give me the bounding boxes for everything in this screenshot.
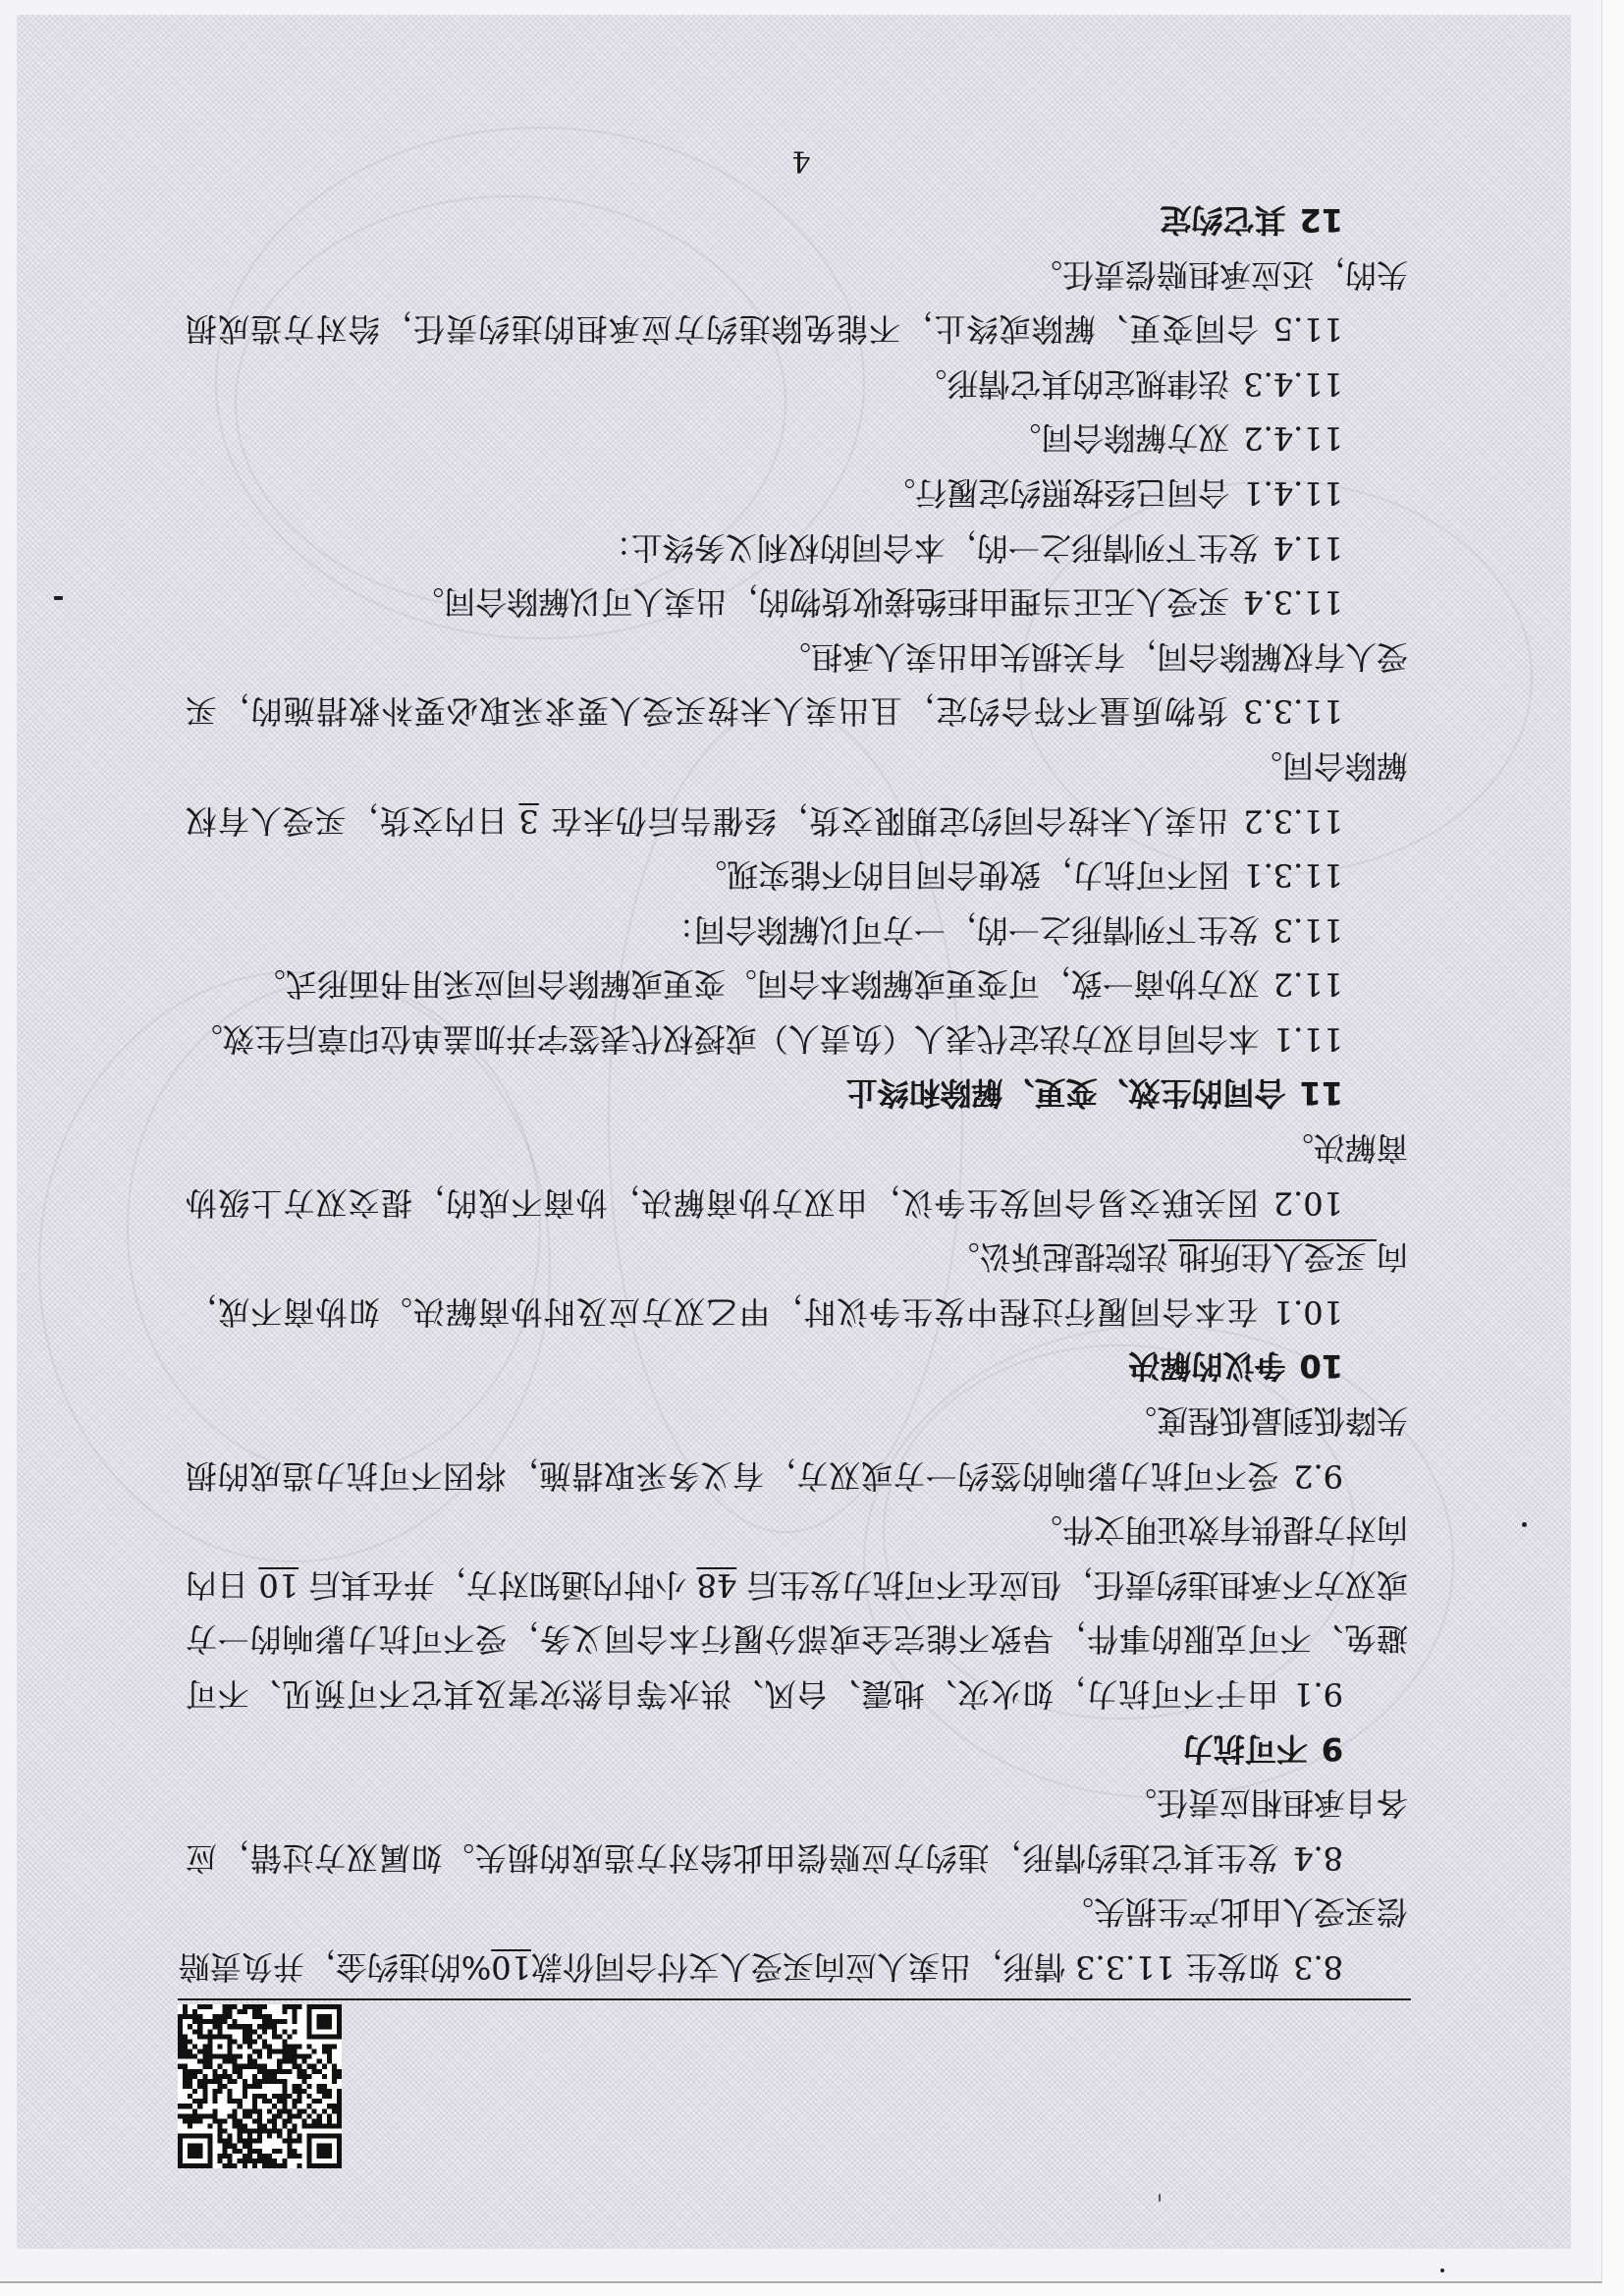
clause-9-1-line-1: 9.1由于不可抗力，如火灾、地震、台风、洪水等自然灾害及其它不可预见、不可: [186, 1666, 1408, 1721]
clause-11-1: 11.1本合同自双方法定代表人（负责人）或授权代表签字并加盖单位印章后生效。: [186, 1011, 1408, 1066]
scanned-document: 8.3如发生 11.3.3 情形，出卖人应向买受人支付合同价款10%的违约金，并…: [0, 0, 1624, 2296]
clause-11-4-1: 11.4.1合同已经按照约定履行。: [186, 465, 1408, 519]
section-title: 合同的生效、变更、解除和终止: [845, 1075, 1285, 1113]
clause-number: 11.3.4: [1243, 583, 1343, 621]
clause-number: 11.3.1: [1243, 856, 1343, 894]
clause-text: 双方协商一致，可变更或解除本合同。变更或解除合同应采用书面形式。: [254, 965, 1260, 1003]
section-number: 9: [1322, 1730, 1343, 1768]
clause-text: 解除合同。: [1251, 747, 1408, 785]
section-title: 不可抗力: [1182, 1730, 1308, 1768]
clause-11-3-2-line-1: 11.3.2出卖人未按合同约定期限交货，经催告后仍未在 3 日内交货，买受人有权: [186, 793, 1408, 847]
clause-11-3-3-line-1: 11.3.3货物质量不符合约定，且出卖人未按买受人要求采取必要补救措施的，买: [186, 683, 1408, 738]
clause-number: 11.4.3: [1243, 365, 1343, 403]
clause-11-4-3: 11.4.3法律规定的其它情形。: [186, 355, 1408, 410]
clause-11-4-2: 11.4.2双方解除合同。: [186, 410, 1408, 465]
clause-text: 合同变更、解除或终止，不能免除违约方应承担的违约责任，给对方造成损: [186, 310, 1260, 348]
clause-text: 货物质量不符合约定，且出卖人未按买受人要求采取必要补救措施的，买: [186, 692, 1229, 730]
clause-number: 9.1: [1293, 1675, 1343, 1713]
header-rule: [178, 1998, 1411, 2000]
clause-text: 受不可抗力影响的签约一方或双方，有义务采取措施，将因不可抗力造成的损: [186, 1457, 1279, 1495]
clause-text: 因不可抗力，致使合同目的不能实现。: [695, 856, 1229, 894]
clause-9-2-line-2: 失降低到最低程度。: [186, 1393, 1408, 1448]
clause-number: 11.1: [1273, 1020, 1343, 1058]
clause-text: 日内: [186, 1566, 258, 1604]
clause-text: 发生下列情形之一的，一方可以解除合同：: [663, 911, 1260, 949]
section-number: 11: [1299, 1075, 1343, 1113]
clause-text: 合同已经按照约定履行。: [884, 474, 1229, 512]
clause-number: 10.1: [1273, 1293, 1343, 1331]
clause-text: 各自承担相应责任。: [1125, 1784, 1408, 1822]
clause-text: 在本合同履行过程中发生争议时，甲乙双方应及时协商解决。如协商不成，: [186, 1293, 1260, 1331]
clause-number: 11.5: [1273, 310, 1343, 348]
clause-number: 8.3: [1293, 1948, 1343, 1986]
filled-blank-delivery-days: 3: [518, 802, 538, 840]
clause-10-2-line-1: 10.2因关联交易合同发生争议，由双方协商解决，协商不成的，提交双方上级协: [186, 1175, 1408, 1230]
filled-blank-proof-days: 10: [258, 1566, 298, 1604]
clause-text: 小时内通知对方，并在其后: [298, 1566, 696, 1604]
clause-text: 向对方提供有效证明文件。: [1031, 1511, 1408, 1549]
clause-10-1-line-1: 10.1在本合同履行过程中发生争议时，甲乙双方应及时协商解决。如协商不成，: [186, 1284, 1408, 1339]
clause-11-5-line-2: 失的，还应承担赔偿责任。: [186, 246, 1408, 301]
clause-11-4: 11.4发生下列情形之一的，本合同的权利义务终止：: [186, 519, 1408, 574]
clause-number: 8.4: [1293, 1839, 1343, 1877]
section-heading-9: 9不可抗力: [186, 1721, 1408, 1776]
section-title: 其它约定: [1160, 201, 1285, 239]
clause-number: 9.2: [1293, 1457, 1343, 1495]
clause-9-1-line-2: 避免、不可克服的事件，导致不能完全或部分履行本合同义务，受不可抗力影响的一方: [186, 1612, 1408, 1667]
clause-text: %的违约金，并负责赔: [179, 1948, 491, 1986]
clause-11-3-4: 11.3.4买受人无正当理由拒绝接收货物的，出卖人可以解除合同。: [186, 574, 1408, 629]
clause-text: 日内交货，买受人有权: [186, 802, 518, 840]
clause-text: 失降低到最低程度。: [1125, 1402, 1408, 1440]
clause-number: 11.4.1: [1243, 474, 1343, 512]
clause-text: 受人有权解除合同，有关损失由出卖人承担。: [780, 638, 1408, 676]
qr-code-icon: [178, 2004, 342, 2168]
clause-10-2-line-2: 商解决。: [186, 1121, 1408, 1175]
scan-speck: [1440, 2269, 1444, 2272]
scan-speck: [1522, 1522, 1527, 1527]
clause-text: 失的，还应承担赔偿责任。: [1031, 256, 1408, 294]
clause-text: 避免、不可克服的事件，导致不能完全或部分履行本合同义务，受不可抗力影响的一方: [186, 1620, 1408, 1658]
clause-text: 或双方不承担违约责任，但应在不可抗力发生后: [736, 1566, 1408, 1604]
section-heading-11: 11合同的生效、变更、解除和终止: [186, 1066, 1408, 1121]
clause-11-3-2-line-2: 解除合同。: [186, 738, 1408, 793]
clause-text: 商解决。: [1282, 1129, 1408, 1167]
filled-blank-notice-hours: 48: [696, 1566, 736, 1604]
clause-8-4-line-2: 各自承担相应责任。: [186, 1776, 1408, 1831]
clause-text: 法律规定的其它情形。: [915, 365, 1229, 403]
clause-text: 发生下列情形之一的，本合同的权利义务终止：: [600, 529, 1260, 567]
section-heading-12: 12其它约定: [186, 191, 1408, 246]
clause-text: 向: [1377, 1238, 1408, 1276]
clause-text: 发生其它违约情形，违约方应赔偿由此给对方造成的损失。如属双方过错，应: [186, 1839, 1279, 1877]
clause-text: 本合同自双方法定代表人（负责人）或授权代表签字并加盖单位印章后生效。: [191, 1020, 1260, 1058]
clause-8-3-line-1: 8.3如发生 11.3.3 情形，出卖人应向买受人支付合同价款10%的违约金，并…: [186, 1939, 1408, 1994]
clause-text: 出卖人未按合同约定期限交货，经催告后仍未在: [539, 802, 1229, 840]
clause-8-4-line-1: 8.4发生其它违约情形，违约方应赔偿由此给对方造成的损失。如属双方过错，应: [186, 1830, 1408, 1885]
page-number: 4: [772, 140, 831, 180]
clause-number: 11.3.3: [1243, 692, 1343, 730]
section-title: 争议的解决: [1128, 1347, 1285, 1385]
clause-8-3-line-2: 偿买受人由此产生损失。: [186, 1885, 1408, 1940]
clause-10-1-line-2: 向 买受人住所地 法院提起诉讼。: [186, 1230, 1408, 1285]
section-number: 12: [1299, 201, 1343, 239]
clause-11-2: 11.2双方协商一致，可变更或解除本合同。变更或解除合同应采用书面形式。: [186, 957, 1408, 1011]
clause-11-3-1: 11.3.1因不可抗力，致使合同目的不能实现。: [186, 847, 1408, 902]
clause-9-2-line-1: 9.2受不可抗力影响的签约一方或双方，有义务采取措施，将因不可抗力造成的损: [186, 1448, 1408, 1503]
clause-number: 11.3: [1273, 911, 1343, 949]
clause-text: 买受人无正当理由拒绝接收货物的，出卖人可以解除合同。: [412, 583, 1229, 621]
clause-text: 因关联交易合同发生争议，由双方协商解决，协商不成的，提交双方上级协: [186, 1184, 1260, 1222]
contract-body: 8.3如发生 11.3.3 情形，出卖人应向买受人支付合同价款10%的违约金，并…: [186, 191, 1408, 1994]
filled-blank-court-location: 买受人住所地: [1168, 1238, 1377, 1276]
section-heading-10: 10争议的解决: [186, 1339, 1408, 1394]
clause-9-1-line-3: 或双方不承担违约责任，但应在不可抗力发生后 48 小时内通知对方，并在其后 10…: [186, 1557, 1408, 1612]
clause-9-1-line-4: 向对方提供有效证明文件。: [186, 1503, 1408, 1558]
clause-11-3-3-line-2: 受人有权解除合同，有关损失由出卖人承担。: [186, 629, 1408, 683]
clause-text: 法院提起诉讼。: [948, 1238, 1168, 1276]
filled-blank-penalty-percent: 10: [491, 1948, 531, 1986]
clause-text: 如发生 11.3.3 情形，出卖人应向买受人支付合同价款: [531, 1948, 1279, 1986]
clause-number: 11.3.2: [1243, 802, 1343, 840]
clause-text: 偿买受人由此产生损失。: [1062, 1893, 1408, 1931]
clause-number: 11.4: [1273, 529, 1343, 567]
clause-number: 10.2: [1273, 1184, 1343, 1222]
section-number: 10: [1299, 1347, 1343, 1385]
scan-speck: [1159, 2194, 1161, 2202]
scan-speck: [54, 596, 63, 600]
clause-11-3: 11.3发生下列情形之一的，一方可以解除合同：: [186, 902, 1408, 957]
clause-text: 由于不可抗力，如火灾、地震、台风、洪水等自然灾害及其它不可预见、不可: [186, 1675, 1279, 1713]
qr-code: [178, 2004, 342, 2168]
document-page-upside-down: 8.3如发生 11.3.3 情形，出卖人应向买受人支付合同价款10%的违约金，并…: [0, 0, 1624, 2296]
clause-number: 11.4.2: [1243, 419, 1343, 457]
clause-11-5-line-1: 11.5合同变更、解除或终止，不能免除违约方应承担的违约责任，给对方造成损: [186, 301, 1408, 356]
clause-text: 双方解除合同。: [1009, 419, 1229, 457]
clause-number: 11.2: [1273, 965, 1343, 1003]
